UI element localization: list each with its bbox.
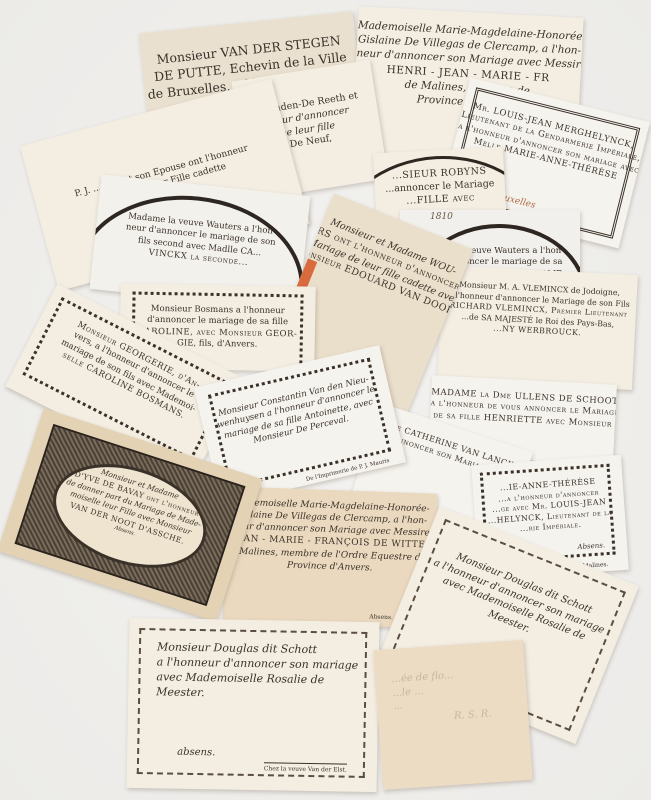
card-footer: Absens. [369,613,393,621]
card-handwritten: ...ée de flo... ...le ... ... R. S. R. [373,640,532,790]
card-douglas-left: Monsieur Douglas dit Schott a l'honneur … [127,618,380,792]
card-footer: absens. [177,747,215,759]
photo-scene: Monsieur VAN DER STEGEN DE PUTTE, Echevi… [0,0,651,800]
card-vleminckx: Monsieur M. A. VLEMINCX de Jodoigne, a l… [437,265,638,390]
handwritten-year: 1810 [430,212,453,222]
printer-imprint: Chez la veuve Van der Elst. [264,762,347,773]
